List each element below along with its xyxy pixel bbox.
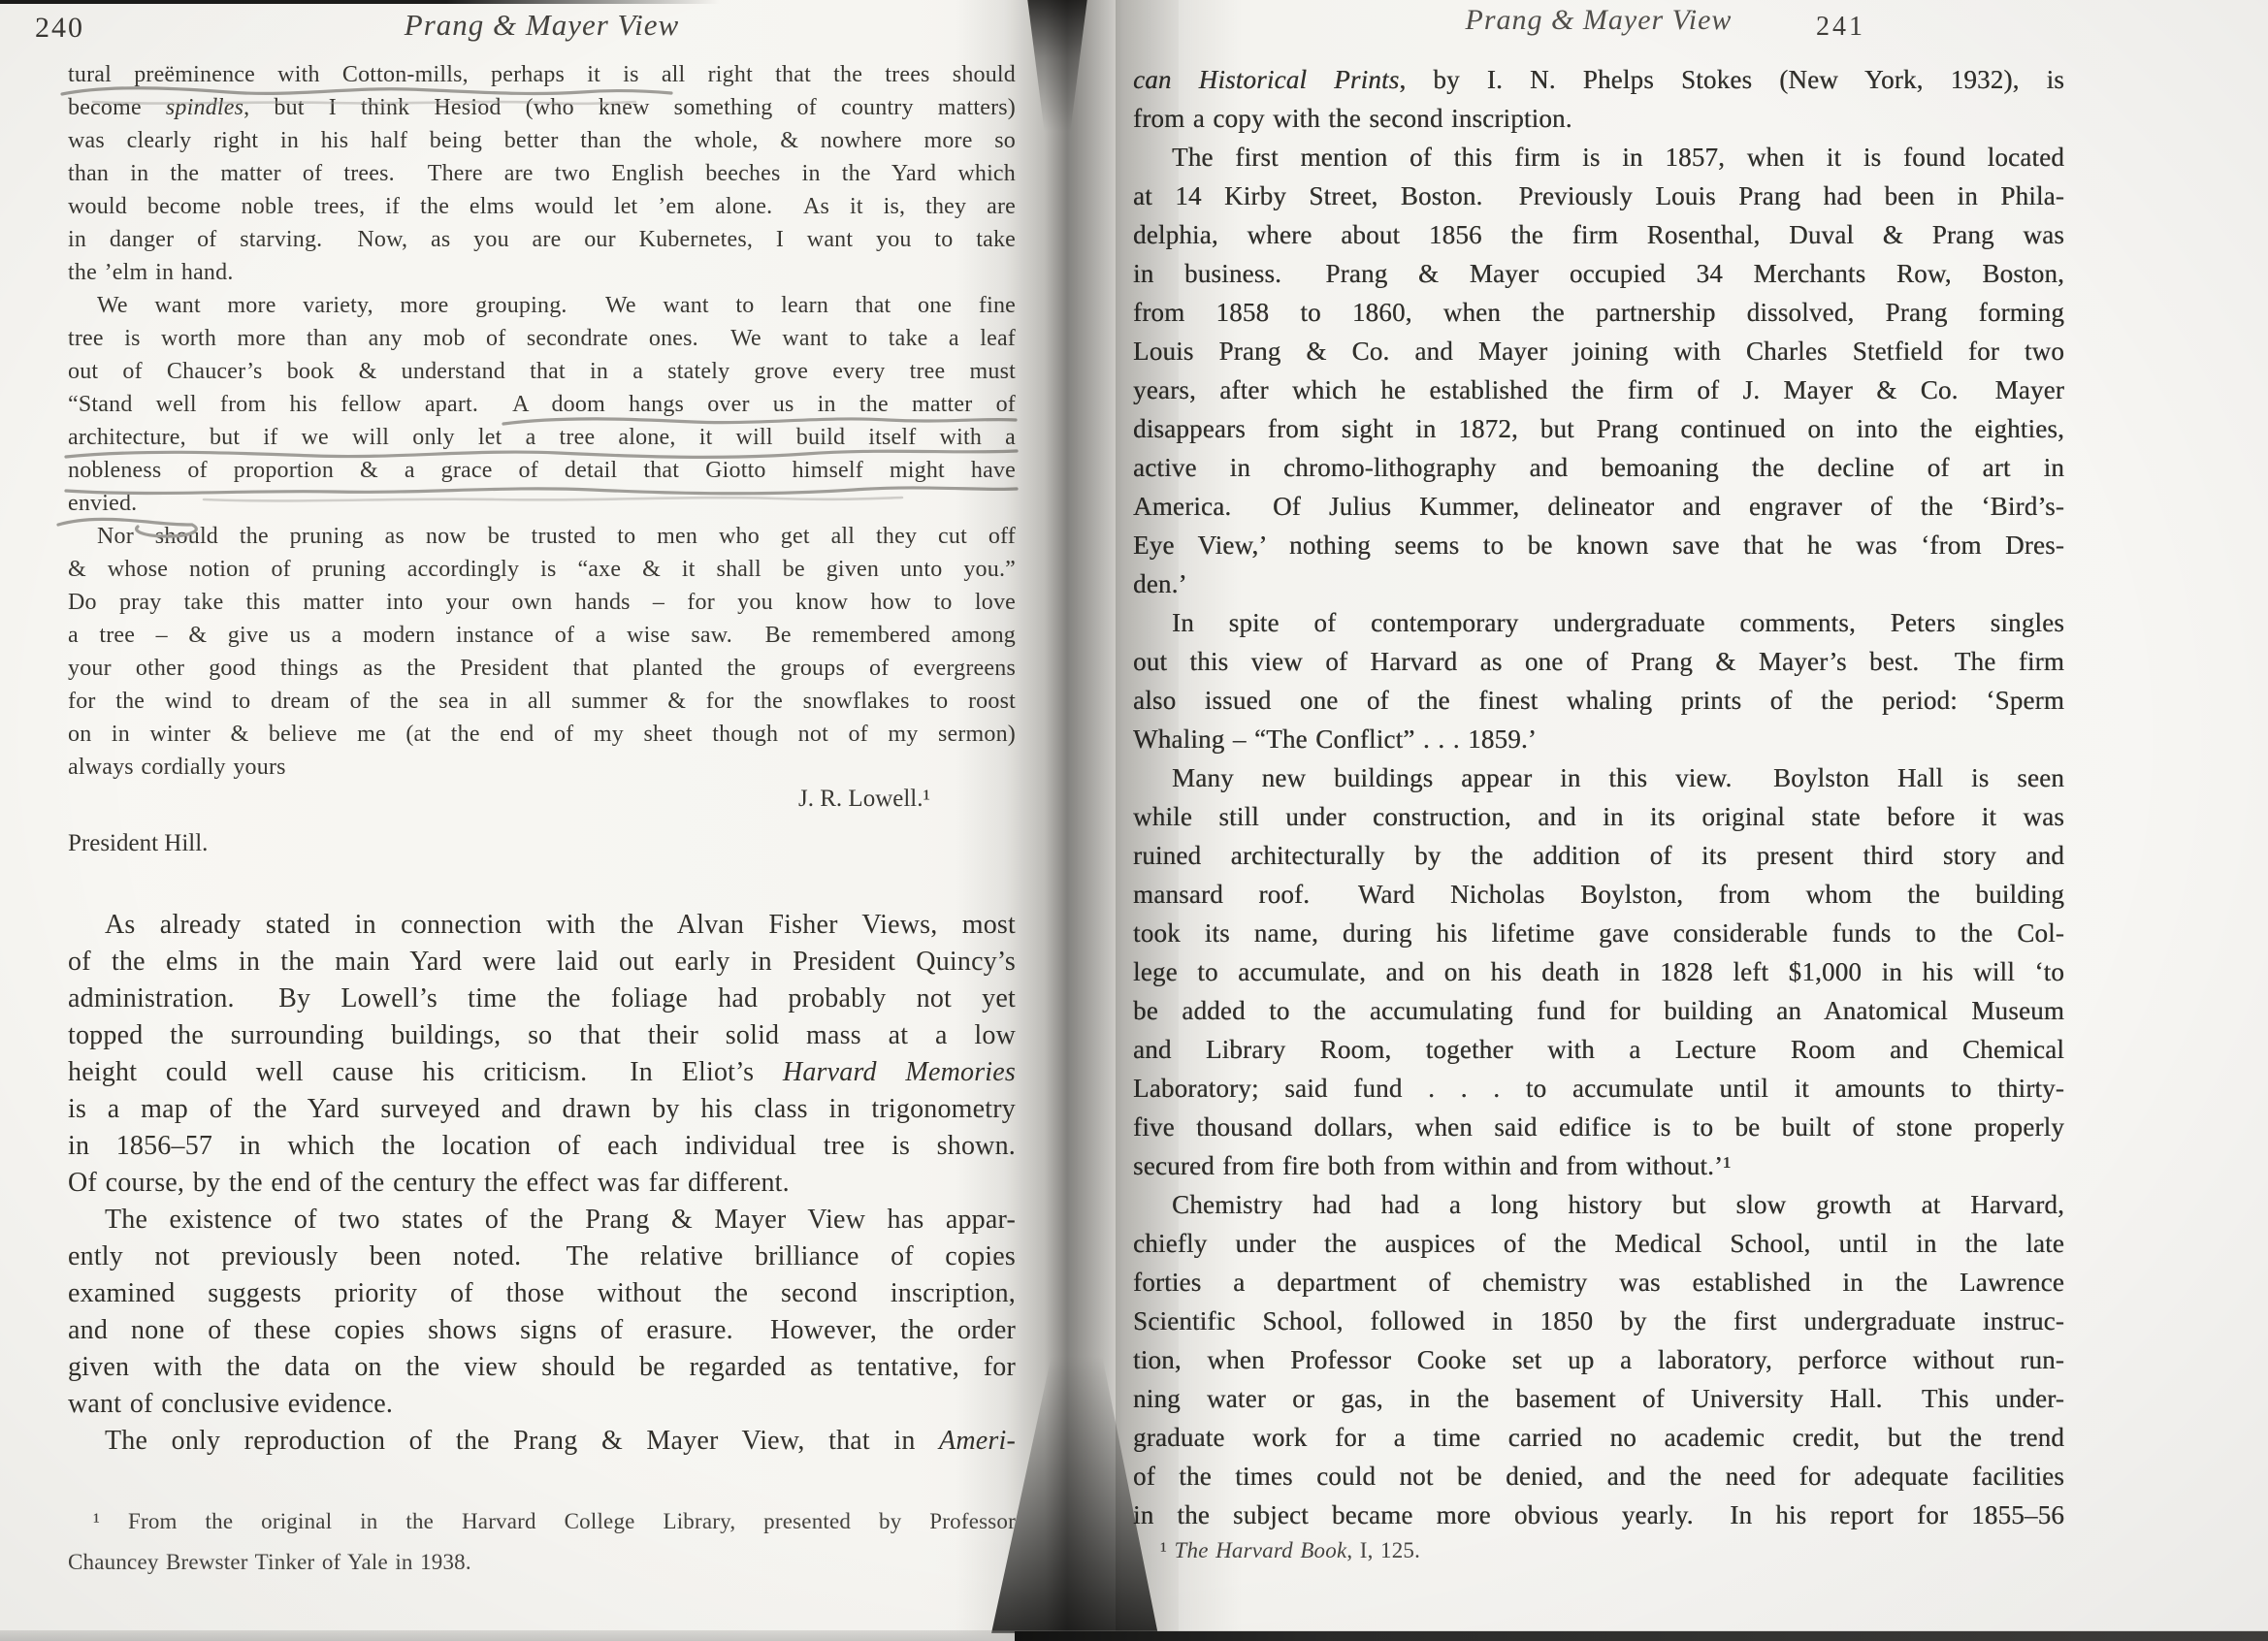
text-line: five thousand dollars, when said edifice… [1133, 1108, 2064, 1146]
left-footnote: ¹ From the original in the Harvard Colle… [68, 1501, 1016, 1583]
right-footnote: ¹ The Harvard Book, I, 125. [1160, 1538, 1420, 1563]
text-line: always cordially yours [68, 751, 1016, 784]
text-line: tural preëminence with Cotton-mills, per… [68, 58, 1016, 91]
text-line: took its name, during his lifetime gave … [1133, 914, 2064, 952]
text-line: be added to the accumulating fund for bu… [1133, 991, 2064, 1030]
text-line: and Library Room, together with a Lectur… [1133, 1030, 2064, 1069]
text-line: would become noble trees, if the elms wo… [68, 190, 1016, 223]
text-line: was clearly right in his half being bett… [68, 124, 1016, 157]
text-line: tion, when Professor Cooke set up a labo… [1133, 1340, 2064, 1379]
book-scan: 240 Prang & Mayer View tural preëminence… [0, 0, 2268, 1641]
scan-bottom-dark-bar [1015, 1631, 2268, 1641]
text-line: examined suggests priority of those with… [68, 1275, 1016, 1312]
scan-bottom-edge [0, 1630, 2268, 1641]
text-line: graduate work for a time carried no acad… [1133, 1418, 2064, 1457]
text-line: out of Chaucer’s book & understand that … [68, 355, 1016, 388]
text-line: Nor should the pruning as now be trusted… [68, 520, 1016, 553]
right-page-number: 241 [1816, 12, 1865, 43]
letter-block: tural preëminence with Cotton-mills, per… [68, 58, 1016, 784]
text-line: in 1856–57 in which the location of each… [68, 1128, 1016, 1165]
text-line: active in chromo-lithography and bemoani… [1133, 448, 2064, 487]
text-line: of the elms in the main Yard were laid o… [68, 944, 1016, 981]
text-line: Do pray take this matter into your own h… [68, 586, 1016, 619]
right-running-head: Prang & Mayer View [1133, 4, 2064, 37]
text-line: of the times could not be denied, and th… [1133, 1457, 2064, 1496]
text-line: administration. By Lowell’s time the fol… [68, 981, 1016, 1017]
text-line: and none of these copies shows signs of … [68, 1312, 1016, 1349]
text-line: Chauncey Brewster Tinker of Yale in 1938… [68, 1542, 1016, 1583]
text-line: In spite of contemporary undergraduate c… [1133, 603, 2064, 642]
text-line: The existence of two states of the Prang… [68, 1202, 1016, 1239]
letter-salutation: President Hill. [68, 830, 208, 857]
text-line: years, after which he established the fi… [1133, 370, 2064, 409]
text-line: also issued one of the finest whaling pr… [1133, 681, 2064, 720]
text-line: in business. Prang & Mayer occupied 34 M… [1133, 254, 2064, 293]
text-line: tree is worth more than any mob of secon… [68, 322, 1016, 355]
text-line: We want more variety, more grouping. We … [68, 289, 1016, 322]
text-line: Laboratory; said fund . . . to accumulat… [1133, 1069, 2064, 1108]
text-line: Scientific School, followed in 1850 by t… [1133, 1302, 2064, 1340]
text-line: ¹ The Harvard Book, I, 125. [1160, 1538, 1420, 1563]
text-line: architecture, but if we will only let a … [68, 421, 1016, 454]
gutter-shadow-top [1011, 0, 1104, 131]
text-line: Whaling – “The Conflict” . . . 1859.’ [1133, 720, 2064, 758]
text-line: can Historical Prints, by I. N. Phelps S… [1133, 60, 2064, 99]
text-line: mansard roof. Ward Nicholas Boylston, fr… [1133, 875, 2064, 914]
text-line: The first mention of this firm is in 185… [1133, 138, 2064, 177]
text-line: from 1858 to 1860, when the partnership … [1133, 293, 2064, 332]
text-line: “Stand well from his fellow apart. A doo… [68, 388, 1016, 421]
text-line: topped the surrounding buildings, so tha… [68, 1017, 1016, 1054]
text-line: from a copy with the second inscription. [1133, 99, 2064, 138]
text-line: for the wind to dream of the sea in all … [68, 685, 1016, 718]
text-line: height could well cause his criticism. I… [68, 1054, 1016, 1091]
text-line: ruined architecturally by the addition o… [1133, 836, 2064, 875]
text-line: want of conclusive evidence. [68, 1386, 1016, 1423]
text-line: ently not previously been noted. The rel… [68, 1239, 1016, 1275]
left-body-block: As already stated in connection with the… [68, 907, 1016, 1460]
text-line: The only reproduction of the Prang & May… [68, 1423, 1016, 1460]
text-line: disappears from sight in 1872, but Prang… [1133, 409, 2064, 448]
scan-top-edge-line [0, 0, 720, 4]
text-line: than in the matter of trees. There are t… [68, 157, 1016, 190]
text-line: ning water or gas, in the basement of Un… [1133, 1379, 2064, 1418]
text-line: America. Of Julius Kummer, delineator an… [1133, 487, 2064, 526]
text-line: Many new buildings appear in this view. … [1133, 758, 2064, 797]
text-line: while still under construction, and in i… [1133, 797, 2064, 836]
letter-signature: J. R. Lowell.¹ [68, 786, 1016, 813]
text-line: become spindles, but I think Hesiod (who… [68, 91, 1016, 124]
text-line: Chemistry had had a long history but slo… [1133, 1185, 2064, 1224]
text-line: on in winter & believe me (at the end of… [68, 718, 1016, 751]
text-line: given with the data on the view should b… [68, 1349, 1016, 1386]
text-line: Of course, by the end of the century the… [68, 1165, 1016, 1202]
right-body-block: can Historical Prints, by I. N. Phelps S… [1133, 60, 2064, 1534]
text-line: & whose notion of pruning accordingly is… [68, 553, 1016, 586]
text-line: nobleness of proportion & a grace of det… [68, 454, 1016, 487]
text-line: den.’ [1133, 564, 2064, 603]
text-line: at 14 Kirby Street, Boston. Previously L… [1133, 177, 2064, 215]
text-line: Eye View,’ nothing seems to be known sav… [1133, 526, 2064, 564]
text-line: the ’elm in hand. [68, 256, 1016, 289]
text-line: in the subject became more obvious yearl… [1133, 1496, 2064, 1534]
text-line: secured from fire both from within and f… [1133, 1146, 2064, 1185]
text-line: ¹ From the original in the Harvard Colle… [68, 1501, 1016, 1542]
text-line: in danger of starving. Now, as you are o… [68, 223, 1016, 256]
text-line: As already stated in connection with the… [68, 907, 1016, 944]
text-line: chiefly under the auspices of the Medica… [1133, 1224, 2064, 1263]
text-line: envied. [68, 487, 1016, 520]
text-line: lege to accumulate, and on his death in … [1133, 952, 2064, 991]
left-running-head: Prang & Mayer View [68, 8, 1016, 43]
text-line: is a map of the Yard surveyed and drawn … [68, 1091, 1016, 1128]
text-line: forties a department of chemistry was es… [1133, 1263, 2064, 1302]
text-line: delphia, where about 1856 the firm Rosen… [1133, 215, 2064, 254]
text-line: Louis Prang & Co. and Mayer joining with… [1133, 332, 2064, 370]
text-line: out this view of Harvard as one of Prang… [1133, 642, 2064, 681]
text-line: your other good things as the President … [68, 652, 1016, 685]
text-line: a tree – & give us a modern instance of … [68, 619, 1016, 652]
